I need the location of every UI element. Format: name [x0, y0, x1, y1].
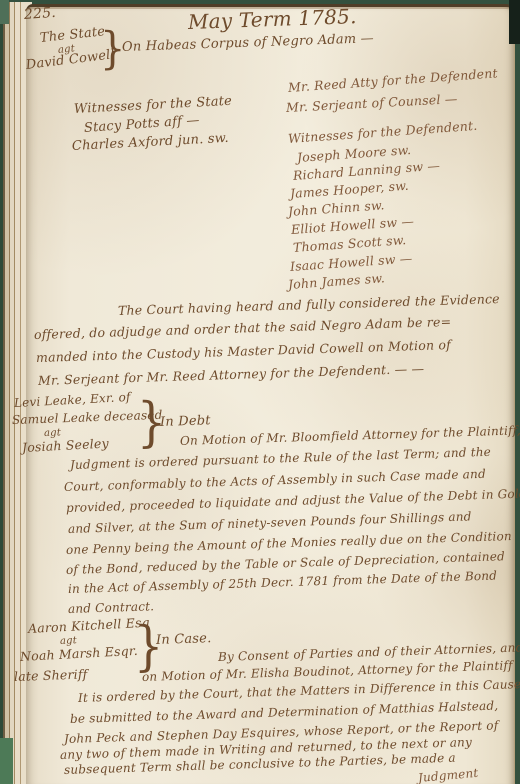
- case3-label: In Case.: [156, 631, 212, 648]
- background-corner-top-right: [509, 0, 520, 44]
- case2-body-line: and Contract.: [68, 599, 155, 616]
- manuscript-photo: 225. May Term 1785. The State agt David …: [0, 0, 520, 784]
- case3-party-line: late Sheriff: [14, 666, 88, 684]
- background-corner-bottom-left: [0, 738, 13, 784]
- background-corner-top-left: [0, 0, 9, 24]
- page-number: 225.: [23, 5, 56, 23]
- case2-label: In Debt: [160, 413, 211, 430]
